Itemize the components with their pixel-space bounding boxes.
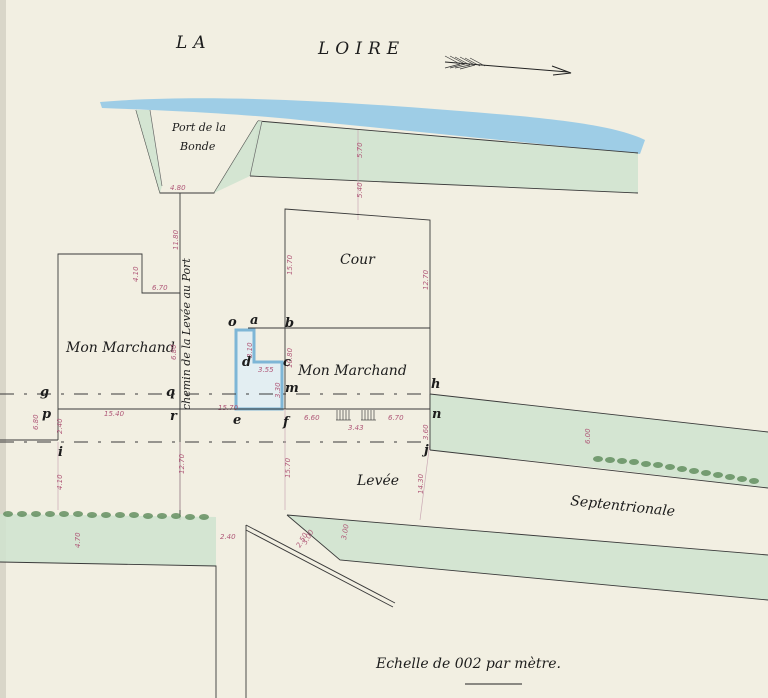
- dim-j-below: 14.30: [417, 473, 425, 494]
- dim-ig-v: 2.40: [56, 418, 64, 434]
- dim-left-notch-v: 4.10: [132, 266, 140, 282]
- scale-label: Echelle de 002 par mètre.: [375, 656, 561, 672]
- dim-meadow-right: 6.00: [584, 428, 592, 444]
- point-h: h: [431, 377, 440, 392]
- dim-f-below: 15.70: [284, 457, 292, 478]
- dim-left-notch-h: 6.70: [152, 284, 168, 292]
- dim-cour-left: 15.70: [286, 254, 294, 275]
- dim-cour-right: 12.70: [422, 269, 430, 290]
- page-edge: [0, 0, 6, 698]
- point-q: q: [166, 385, 175, 400]
- dim-nj: 3.60: [422, 424, 430, 440]
- point-r: r: [170, 409, 178, 424]
- levee-label: Levée: [356, 473, 399, 489]
- dim-river-bank: 5.70: [356, 142, 364, 158]
- chemin-label: chemin de la Levée au Port: [180, 258, 193, 410]
- dim-chemin-top: 11.80: [172, 229, 180, 250]
- port-label-2: Bonde: [179, 140, 216, 153]
- dim-left-side: 6.80: [170, 344, 178, 360]
- dim-levee-mid: 5.40: [356, 182, 364, 198]
- dim-i-below: 4.10: [56, 474, 64, 490]
- dim-r-below: 12.70: [178, 453, 186, 474]
- marchand-left-label: Mon Marchand: [65, 340, 175, 356]
- dim-port-bottom: 4.80: [170, 184, 186, 192]
- meadow-lower-left: [0, 514, 216, 566]
- point-m: m: [285, 381, 299, 396]
- dim-ef: 6.60: [304, 414, 320, 422]
- title-loire: LOIRE: [317, 39, 405, 59]
- cour-label: Cour: [340, 252, 376, 268]
- dim-far-left: 6.80: [32, 414, 40, 430]
- point-g: g: [40, 385, 49, 400]
- point-n: n: [432, 407, 441, 422]
- dim-lower-left: 15.40: [104, 410, 125, 418]
- marchand-right-label: Mon Marchand: [297, 363, 407, 379]
- dim-blue-step: 3.55: [258, 366, 274, 374]
- point-c: c: [283, 355, 291, 370]
- point-a: a: [250, 313, 258, 328]
- point-p: p: [42, 407, 51, 422]
- point-i: i: [58, 445, 63, 460]
- dim-blue-bottom: 15.70: [218, 404, 239, 412]
- dim-steps: 3.43: [348, 424, 364, 432]
- dim-left-meadow: 4.70: [74, 532, 82, 548]
- point-e: e: [233, 413, 241, 428]
- point-b: b: [285, 316, 294, 331]
- dim-road-gap: 2.40: [220, 533, 236, 541]
- title-la: LA: [175, 33, 212, 53]
- cadastral-plan: LA LOIRE Port de la Bonde 4.80 chemin de…: [0, 0, 768, 698]
- dim-fn: 6.70: [388, 414, 404, 422]
- dim-blue-right: 3.30: [274, 382, 282, 398]
- point-o: o: [228, 315, 237, 330]
- point-d: d: [242, 355, 251, 370]
- port-label-1: Port de la: [171, 121, 226, 134]
